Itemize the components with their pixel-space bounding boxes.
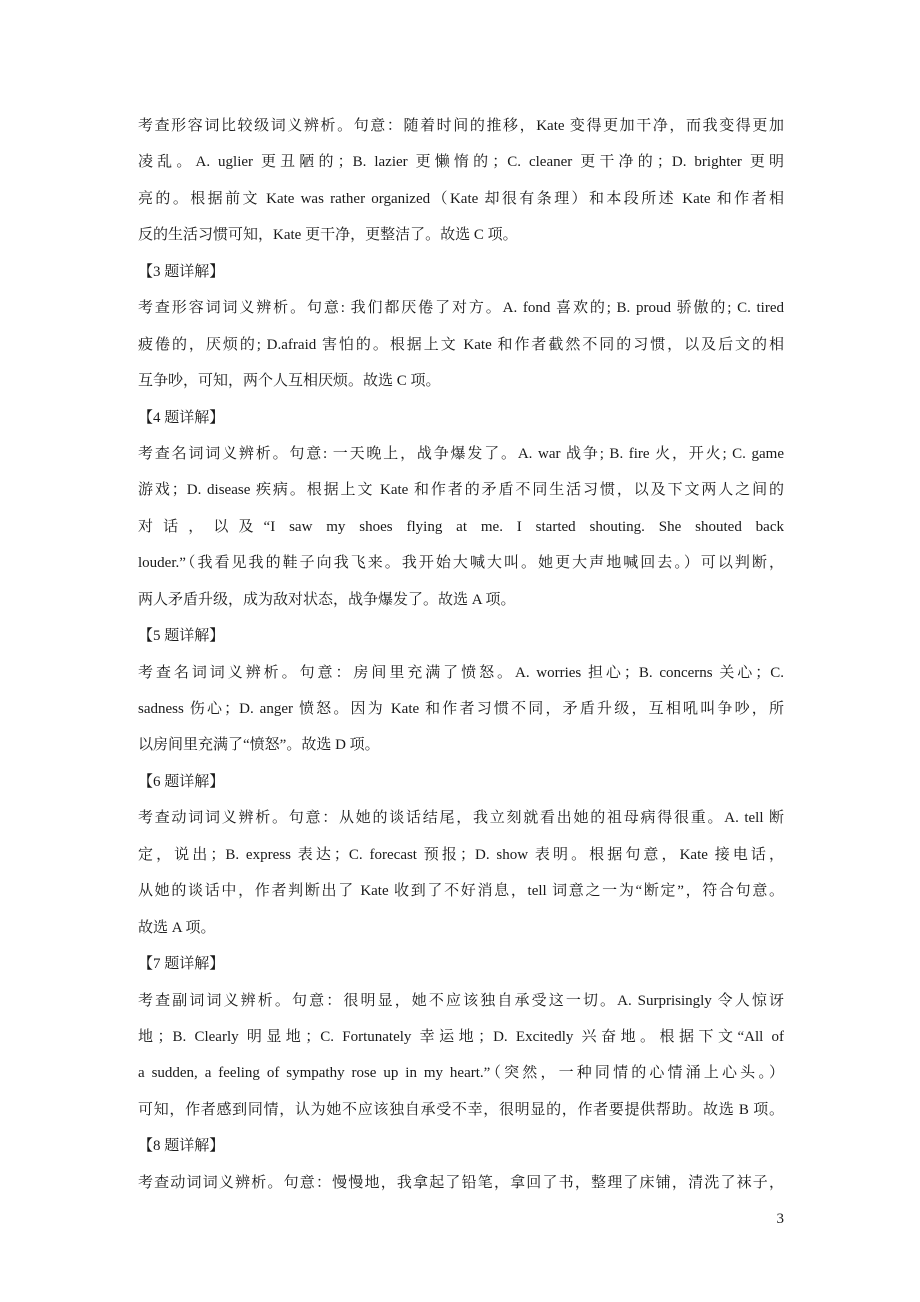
section-heading: 【5 题详解】 xyxy=(138,618,784,654)
paragraph-line: 考查形容词比较级词义辨析。句意：随着时间的推移，Kate 变得更加干净，而我变得… xyxy=(138,108,784,144)
document-page: 考查形容词比较级词义辨析。句意：随着时间的推移，Kate 变得更加干净，而我变得… xyxy=(0,0,920,1302)
paragraph-line: 从她的谈话中，作者判断出了 Kate 收到了不好消息，tell 词意之一为“断定… xyxy=(138,873,784,909)
page-number: 3 xyxy=(138,1201,784,1237)
paragraph-line: 游戏；D. disease 疾病。根据上文 Kate 和作者的矛盾不同生活习惯，… xyxy=(138,472,784,508)
paragraph-line: sadness 伤心；D. anger 愤怒。因为 Kate 和作者习惯不同，矛… xyxy=(138,691,784,727)
paragraph-line: 以房间里充满了“愤怒”。故选 D 项。 xyxy=(138,727,784,763)
section-heading: 【3 题详解】 xyxy=(138,254,784,290)
paragraph-line: 考查形容词词义辨析。句意: 我们都厌倦了对方。A. fond 喜欢的; B. p… xyxy=(138,290,784,326)
paragraph-line: 凌乱。A. uglier 更丑陋的；B. lazier 更懒惰的；C. clea… xyxy=(138,144,784,180)
paragraph-line: 故选 A 项。 xyxy=(138,910,784,946)
paragraph-line: 考查名词词义辨析。句意: 一天晚上，战争爆发了。A. war 战争; B. fi… xyxy=(138,436,784,472)
section-heading: 【6 题详解】 xyxy=(138,764,784,800)
paragraph-line: 可知，作者感到同情，认为她不应该独自承受不幸，很明显的，作者要提供帮助。故选 B… xyxy=(138,1092,784,1128)
paragraph-line: a sudden, a feeling of sympathy rose up … xyxy=(138,1055,784,1091)
paragraph-line: 考查动词词义辨析。句意：慢慢地，我拿起了铅笔，拿回了书，整理了床铺，清洗了袜子， xyxy=(138,1165,784,1201)
paragraph-line: 互争吵，可知，两个人互相厌烦。故选 C 项。 xyxy=(138,363,784,399)
paragraph-line: 考查副词词义辨析。句意：很明显，她不应该独自承受这一切。A. Surprisin… xyxy=(138,983,784,1019)
section-heading: 【4 题详解】 xyxy=(138,400,784,436)
paragraph-line: 亮的。根据前文 Kate was rather organized（Kate 却… xyxy=(138,181,784,217)
paragraph-line: 考查动词词义辨析。句意：从她的谈话结尾，我立刻就看出她的祖母病得很重。A. te… xyxy=(138,800,784,836)
paragraph-line: 对话，以及“I saw my shoes flying at me. I sta… xyxy=(138,509,784,545)
paragraph-line: 反的生活习惯可知，Kate 更干净，更整洁了。故选 C 项。 xyxy=(138,217,784,253)
paragraph-line: 定，说出；B. express 表达；C. forecast 预报；D. sho… xyxy=(138,837,784,873)
section-heading: 【7 题详解】 xyxy=(138,946,784,982)
paragraph-line: 疲倦的，厌烦的; D.afraid 害怕的。根据上文 Kate 和作者截然不同的… xyxy=(138,327,784,363)
paragraph-line: 考查名词词义辨析。句意：房间里充满了愤怒。A. worries 担心；B. co… xyxy=(138,655,784,691)
paragraph-line: 两人矛盾升级，成为敌对状态，战争爆发了。故选 A 项。 xyxy=(138,582,784,618)
section-heading: 【8 题详解】 xyxy=(138,1128,784,1164)
paragraph-line: 地；B. Clearly 明显地；C. Fortunately 幸运地；D. E… xyxy=(138,1019,784,1055)
document-text-area: 考查形容词比较级词义辨析。句意：随着时间的推移，Kate 变得更加干净，而我变得… xyxy=(138,108,784,1238)
paragraph-line: louder.”（我看见我的鞋子向我飞来。我开始大喊大叫。她更大声地喊回去。）可… xyxy=(138,545,784,581)
